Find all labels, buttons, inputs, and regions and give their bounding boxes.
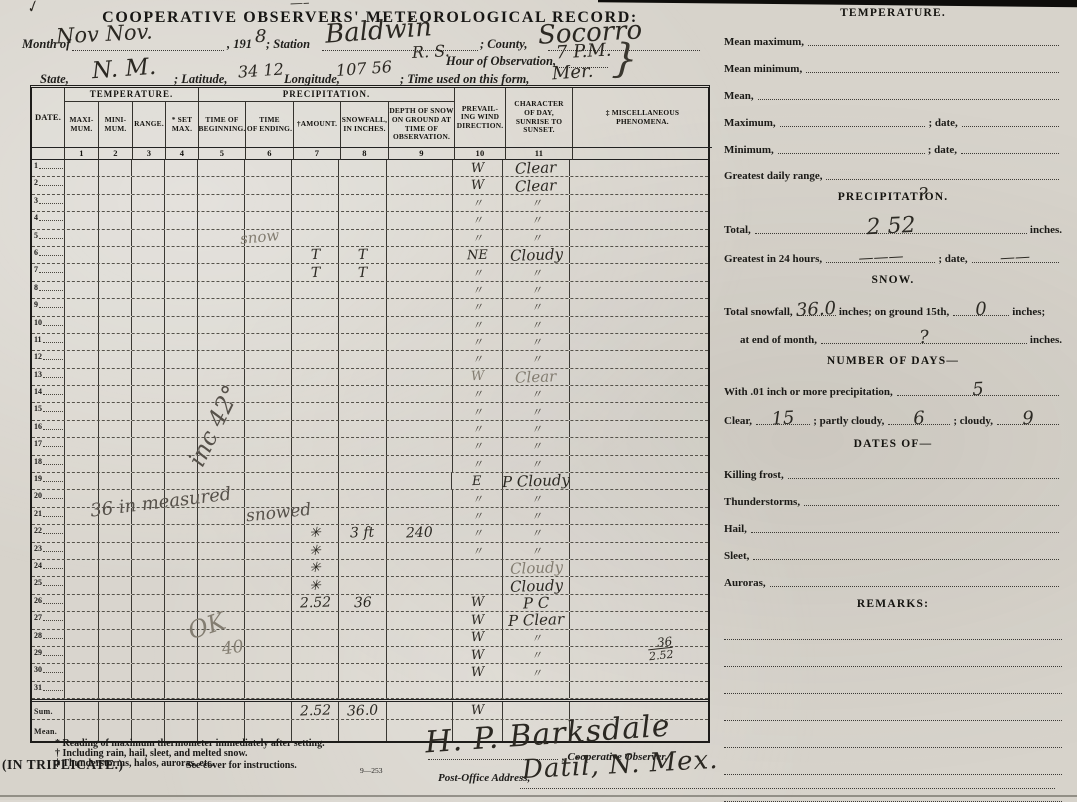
column-header-amount: †AMOUNT. — [293, 102, 340, 147]
handwritten-value: 240 — [406, 525, 433, 542]
date-leader — [43, 491, 63, 499]
date-leader — [43, 352, 63, 360]
table-cell-depth — [386, 577, 452, 593]
summary-field-label: Thunderstorms, — [724, 497, 800, 509]
date-leader — [39, 283, 63, 291]
summary-field-value: 2 52 — [866, 213, 916, 241]
table-cell-wind: W — [452, 664, 503, 680]
table-cell-tend — [244, 456, 292, 472]
table-cell-wind: 〃 — [452, 282, 503, 298]
handwritten-value: ✳ — [309, 577, 321, 593]
table-cell-tbeg — [197, 403, 244, 419]
summary-field-line — [780, 126, 926, 127]
date-leader — [43, 439, 63, 447]
handwritten-value: 〃 — [530, 421, 543, 438]
table-cell-snowfall: 36.0 — [338, 702, 386, 719]
table-cell-amount — [291, 317, 338, 333]
summary-field-line: ——— — [826, 262, 935, 263]
table-cell-d: 15 — [32, 403, 64, 419]
table-cell-depth — [386, 595, 452, 611]
handwritten-value: 〃 — [530, 316, 543, 333]
table-cell-tend — [244, 595, 292, 611]
table-cell-setmax — [164, 247, 197, 263]
date-leader — [43, 544, 63, 552]
table-cell-max — [64, 160, 98, 176]
table-cell-misc — [569, 177, 708, 193]
table-cell-amount — [291, 230, 338, 246]
summary-field-label: With .01 inch or more precipitation, — [724, 387, 893, 399]
table-cell-tbeg — [197, 334, 244, 350]
date-leader — [39, 178, 63, 186]
table-cell-setmax — [164, 612, 197, 628]
handwritten-value: 〃 — [530, 490, 543, 507]
table-cell-misc — [569, 525, 708, 541]
table-cell-amount — [291, 212, 338, 228]
table-cell-snowfall — [338, 438, 386, 454]
table-cell-depth — [386, 264, 452, 280]
column-number-wind: 10 — [454, 147, 505, 160]
month-blank-line — [72, 50, 224, 51]
table-cell-wind: 〃 — [452, 317, 503, 333]
table-cell-tend — [244, 702, 292, 719]
table-cell-tbeg — [197, 299, 244, 315]
table-cell-setmax — [164, 682, 197, 698]
date-number: 25 — [34, 578, 42, 587]
table-cell-range — [131, 630, 164, 646]
handwritten-value: 〃 — [471, 421, 484, 438]
table-cell-min — [98, 403, 132, 419]
table-cell-range — [131, 560, 164, 576]
table-cell-depth — [386, 647, 452, 663]
handwritten-value: 〃 — [530, 664, 543, 681]
station-blank-line — [322, 50, 478, 51]
table-cell-char: P C — [502, 595, 569, 611]
handwritten-value: W — [470, 595, 484, 610]
table-cell-max — [64, 230, 98, 246]
table-row: 28W〃 — [32, 630, 708, 647]
table-cell-setmax — [164, 264, 197, 280]
table-cell-range — [131, 438, 164, 454]
table-cell-depth — [386, 508, 452, 524]
table-row: 18〃〃 — [32, 456, 708, 473]
handwritten-value: 〃 — [530, 334, 543, 351]
table-cell-tbeg — [197, 195, 244, 211]
column-number-d — [32, 147, 64, 160]
table-cell-amount: ✳ — [291, 525, 338, 541]
table-cell-tbeg — [197, 682, 244, 698]
handwritten-value: 〃 — [471, 212, 484, 229]
table-cell-char: 〃 — [502, 195, 569, 211]
table-cell-char: Clear — [502, 369, 569, 385]
table-cell-setmax — [164, 456, 197, 472]
date-number: 2 — [34, 178, 38, 187]
table-cell-tend — [244, 299, 292, 315]
table-cell-max — [64, 612, 98, 628]
table-cell-amount — [291, 334, 338, 350]
table-cell-range — [131, 525, 164, 541]
handwriting-note: 107 56 — [336, 59, 393, 79]
table-cell-depth — [386, 299, 452, 315]
table-cell-depth — [386, 438, 452, 454]
table-cell-d: 2 — [32, 177, 64, 193]
handwriting-note: R. S. — [412, 43, 450, 61]
table-cell-min — [98, 212, 132, 228]
table-cell-min — [98, 282, 132, 298]
table-cell-min — [98, 630, 132, 646]
table-cell-tend — [244, 612, 292, 628]
table-cell-tend — [244, 543, 292, 559]
handwritten-value: 〃 — [471, 490, 484, 507]
table-cell-range — [131, 351, 164, 367]
table-cell-setmax — [164, 438, 197, 454]
table-cell-char: 〃 — [502, 456, 569, 472]
table-cell-depth — [386, 543, 452, 559]
table-cell-range — [131, 595, 164, 611]
table-cell-depth — [386, 386, 452, 402]
date-leader — [43, 665, 63, 673]
summary-field-suffix: inches. — [1030, 225, 1062, 237]
table-cell-depth — [386, 369, 452, 385]
summary-field-label: Greatest in 24 hours, — [724, 254, 822, 266]
section-title: NUMBER OF DAYS— — [724, 355, 1062, 370]
summary-field-label: Sleet, — [724, 551, 749, 563]
table-cell-amount — [291, 682, 338, 698]
table-cell-wind: 〃 — [452, 490, 503, 506]
table-cell-tbeg — [197, 421, 244, 437]
table-row: 5〃〃 — [32, 230, 708, 247]
table-cell-tend — [244, 386, 292, 402]
handwritten-value: W — [470, 613, 484, 628]
table-cell-char: 〃 — [502, 299, 569, 315]
summary-field: Maximum,; date, — [724, 103, 1062, 130]
table-cell-snowfall — [338, 682, 386, 698]
table-cell-depth — [386, 177, 452, 193]
date-leader — [39, 265, 63, 273]
table-cell-wind: 〃 — [452, 438, 503, 454]
table-cell-max — [64, 702, 98, 719]
table-cell-d: Sum. — [32, 702, 64, 719]
date-leader — [43, 509, 63, 517]
summary-field-line — [778, 153, 925, 154]
po-address-label: Post-Office Address, — [438, 772, 530, 784]
summary-field-label: Killing frost, — [724, 470, 784, 482]
table-cell-tend — [244, 508, 292, 524]
summary-field: Hail, — [724, 509, 1062, 536]
handwritten-value: W — [470, 647, 484, 662]
triplicate-note: (IN TRIPLICATE.) — [2, 757, 124, 773]
table-cell-tend — [244, 212, 292, 228]
table-cell-wind: 〃 — [452, 403, 503, 419]
column-number-range: 3 — [132, 147, 165, 160]
table-cell-amount — [291, 386, 338, 402]
table-cell-max — [64, 577, 98, 593]
table-cell-range — [131, 282, 164, 298]
table-cell-setmax — [164, 595, 197, 611]
table-cell-wind: W — [452, 177, 503, 193]
handwritten-value: Cloudy — [509, 245, 563, 265]
table-cell-char: Clear — [502, 160, 569, 176]
table-cell-min — [98, 421, 132, 437]
handwritten-value: 〃 — [530, 647, 543, 664]
table-cell-range — [131, 612, 164, 628]
county-label: ; County, — [480, 37, 527, 52]
date-number: 17 — [34, 439, 42, 448]
handwritten-value: 〃 — [530, 507, 543, 524]
table-cell-max — [64, 195, 98, 211]
table-cell-d: 8 — [32, 282, 64, 298]
table-row: 22✳3 ft240〃〃 — [32, 525, 708, 542]
table-cell-min — [98, 560, 132, 576]
column-header-d: DATE. — [32, 88, 64, 147]
table-cell-d: 7 — [32, 264, 64, 280]
table-cell-setmax — [164, 577, 197, 593]
hour-blank-line — [556, 67, 608, 68]
summary-field-line: 9 — [997, 424, 1059, 425]
date-number: 29 — [34, 648, 42, 657]
handwritten-value: 2.52 — [299, 702, 331, 719]
handwritten-value: 〃 — [471, 386, 484, 403]
table-cell-char: 〃 — [502, 438, 569, 454]
table-cell-amount: T — [291, 247, 338, 263]
table-cell-depth — [386, 421, 452, 437]
column-number-tbeg: 5 — [198, 147, 245, 160]
summary-field-line — [788, 478, 1059, 479]
summary-panel: TEMPERATURE.Mean maximum,Mean minimum,Me… — [724, 0, 1062, 800]
group-header-temperature: TEMPERATURE. — [64, 88, 198, 102]
column-header-max: MAXI- MUM. — [64, 102, 98, 147]
summary-field-label: ; partly cloudy, — [813, 416, 884, 428]
table-cell-tbeg — [197, 456, 244, 472]
table-cell-setmax — [164, 299, 197, 315]
table-cell-max — [64, 264, 98, 280]
table-cell-amount — [291, 403, 338, 419]
handwritten-value: 〃 — [471, 316, 484, 333]
handwritten-value: Cloudy — [509, 558, 563, 578]
table-cell-tbeg — [197, 577, 244, 593]
table-cell-tbeg — [197, 317, 244, 333]
table-row: 30W〃 — [32, 664, 708, 681]
handwritten-value: 〃 — [471, 525, 484, 542]
date-number: 23 — [34, 544, 42, 553]
summary-field: at end of month,?inches. — [724, 319, 1062, 347]
summary-field-label: ; cloudy, — [953, 416, 993, 428]
table-cell-char: 〃 — [502, 543, 569, 559]
table-cell-snowfall: T — [338, 247, 386, 263]
table-cell-setmax — [164, 647, 197, 663]
table-cell-d: 6 — [32, 247, 64, 263]
observer-label: , Cooperative Observer. — [562, 751, 668, 763]
handwritten-value: W — [470, 160, 484, 175]
date-leader — [43, 387, 63, 395]
table-cell-tbeg — [197, 177, 244, 193]
table-cell-wind: 〃 — [452, 195, 503, 211]
table-cell-tbeg — [197, 351, 244, 367]
table-cell-min — [98, 612, 132, 628]
handwritten-value: 〃 — [471, 299, 484, 316]
table-cell-amount: 2.52 — [291, 595, 338, 611]
handwritten-value: 〃 — [530, 455, 543, 472]
date-leader — [39, 196, 63, 204]
table-cell-min — [98, 351, 132, 367]
table-cell-char — [502, 702, 569, 719]
table-cell-wind: 〃 — [452, 230, 503, 246]
date-number: 31 — [34, 683, 42, 692]
table-cell-wind: W — [452, 595, 503, 611]
summary-field-value: 36.0 — [796, 298, 837, 321]
table-cell-tend — [244, 647, 292, 663]
table-cell-range — [131, 230, 164, 246]
column-header-wind: PREVAIL- ING WIND DIRECTION. — [454, 88, 505, 147]
table-cell-snowfall — [338, 456, 386, 472]
table-cell-amount: ✳ — [291, 577, 338, 593]
table-cell-min — [98, 595, 132, 611]
table-cell-min — [98, 438, 132, 454]
table-cell-min — [98, 299, 132, 315]
handwritten-value: 3 ft — [350, 525, 375, 542]
table-cell-range — [131, 664, 164, 680]
table-cell-max — [64, 508, 98, 524]
handwritten-value: 〃 — [471, 334, 484, 351]
table-cell-char: 〃 — [502, 647, 569, 663]
table-cell-depth — [386, 473, 452, 489]
table-cell-setmax — [164, 212, 197, 228]
table-cell-amount — [291, 369, 338, 385]
table-cell-d: 11 — [32, 334, 64, 350]
table-cell-snowfall — [338, 560, 386, 576]
table-cell-wind: W — [452, 647, 503, 663]
table-cell-misc — [569, 351, 708, 367]
table-cell-amount — [291, 195, 338, 211]
column-number-max: 1 — [64, 147, 98, 160]
table-cell-tend — [244, 630, 292, 646]
handwritten-value: 36.0 — [347, 702, 379, 719]
table-cell-max — [64, 664, 98, 680]
table-cell-depth — [386, 351, 452, 367]
table-cell-char: 〃 — [502, 334, 569, 350]
table-cell-max — [64, 647, 98, 663]
table-cell-d: 29 — [32, 647, 64, 663]
summary-field: Greatest daily range, — [724, 157, 1062, 183]
handwritten-value: ✳ — [309, 560, 321, 576]
table-cell-tbeg — [197, 630, 244, 646]
table-cell-range — [131, 490, 164, 506]
table-cell-min — [98, 647, 132, 663]
table-cell-amount — [291, 664, 338, 680]
table-cell-misc — [569, 560, 708, 576]
summary-field-label: Minimum, — [724, 145, 774, 157]
table-cell-min — [98, 543, 132, 559]
summary-field-suffix: inches. — [1030, 335, 1062, 347]
form-number: 9—253 — [360, 766, 383, 775]
table-cell-range — [131, 195, 164, 211]
date-leader — [43, 648, 63, 656]
table-cell-snowfall — [338, 720, 386, 741]
table-cell-min — [98, 508, 132, 524]
table-cell-min — [98, 247, 132, 263]
table-cell-d: 23 — [32, 543, 64, 559]
table-cell-tend — [244, 403, 292, 419]
table-cell-wind: W — [452, 369, 503, 385]
weather-table: DATE.MAXI- MUM.1MINI- MUM.2RANGE.3* SET … — [30, 85, 710, 743]
table-row: 25✳Cloudy — [32, 577, 708, 594]
table-cell-min — [98, 456, 132, 472]
table-cell-min — [98, 386, 132, 402]
table-cell-wind: 〃 — [452, 212, 503, 228]
table-cell-misc — [569, 299, 708, 315]
table-cell-max — [64, 456, 98, 472]
date-number: 4 — [34, 213, 38, 222]
table-cell-min — [98, 160, 132, 176]
table-row: 12〃〃 — [32, 351, 708, 368]
table-cell-max — [64, 403, 98, 419]
table-cell-char: P Cloudy — [502, 473, 569, 489]
date-number: 26 — [34, 596, 42, 605]
table-cell-depth: 240 — [386, 525, 452, 541]
table-cell-depth — [386, 317, 452, 333]
summary-field-line — [808, 45, 1059, 46]
table-row: 29W〃 — [32, 647, 708, 664]
date-number: 24 — [34, 561, 42, 570]
summary-field-line — [961, 153, 1059, 154]
table-cell-tend — [244, 282, 292, 298]
summary-field-line: 36.0 — [797, 315, 836, 316]
table-cell-misc — [569, 543, 708, 559]
date-number: 27 — [34, 613, 42, 622]
table-cell-setmax — [164, 421, 197, 437]
table-cell-range — [131, 403, 164, 419]
table-cell-range — [131, 543, 164, 559]
table-cell-misc — [569, 630, 708, 646]
table-cell-amount — [291, 647, 338, 663]
handwritten-value: 2.52 — [299, 594, 331, 611]
handwritten-value: W — [470, 630, 484, 645]
table-cell-tend — [244, 317, 292, 333]
date-leader — [43, 318, 63, 326]
handwritten-value: NE — [467, 247, 488, 263]
table-cell-setmax — [164, 403, 197, 419]
summary-field-value: ——— — [858, 247, 904, 267]
handwritten-value: 36 — [353, 595, 371, 612]
table-cell-tbeg — [197, 247, 244, 263]
summary-field: Total,2 52inches. — [724, 206, 1062, 237]
remarks-blank-line — [724, 721, 1062, 748]
summary-field-line: 15 — [756, 424, 810, 425]
handwritten-value: Clear — [515, 176, 557, 195]
summary-field: With .01 inch or more precipitation,5 — [724, 370, 1062, 399]
table-cell-range — [131, 456, 164, 472]
handwritten-value: 〃 — [530, 299, 543, 316]
summary-field-line: —— — [972, 262, 1059, 263]
date-number: 20 — [34, 491, 42, 500]
table-cell-max — [64, 317, 98, 333]
table-cell-d: 4 — [32, 212, 64, 228]
table-cell-wind: 〃 — [452, 421, 503, 437]
table-cell-tbeg — [197, 664, 244, 680]
table-cell-min — [98, 369, 132, 385]
table-cell-tbeg — [197, 595, 244, 611]
handwritten-value: 〃 — [471, 403, 484, 420]
date-number: 18 — [34, 457, 42, 466]
table-cell-d: 10 — [32, 317, 64, 333]
table-cell-min — [98, 195, 132, 211]
table-cell-range — [131, 473, 164, 489]
table-cell-wind: 〃 — [452, 543, 503, 559]
handwritten-value: 〃 — [530, 629, 543, 646]
table-cell-amount: 2.52 — [291, 702, 338, 719]
table-cell-depth — [386, 612, 452, 628]
table-cell-depth — [386, 630, 452, 646]
summary-field-label: Mean minimum, — [724, 64, 802, 76]
